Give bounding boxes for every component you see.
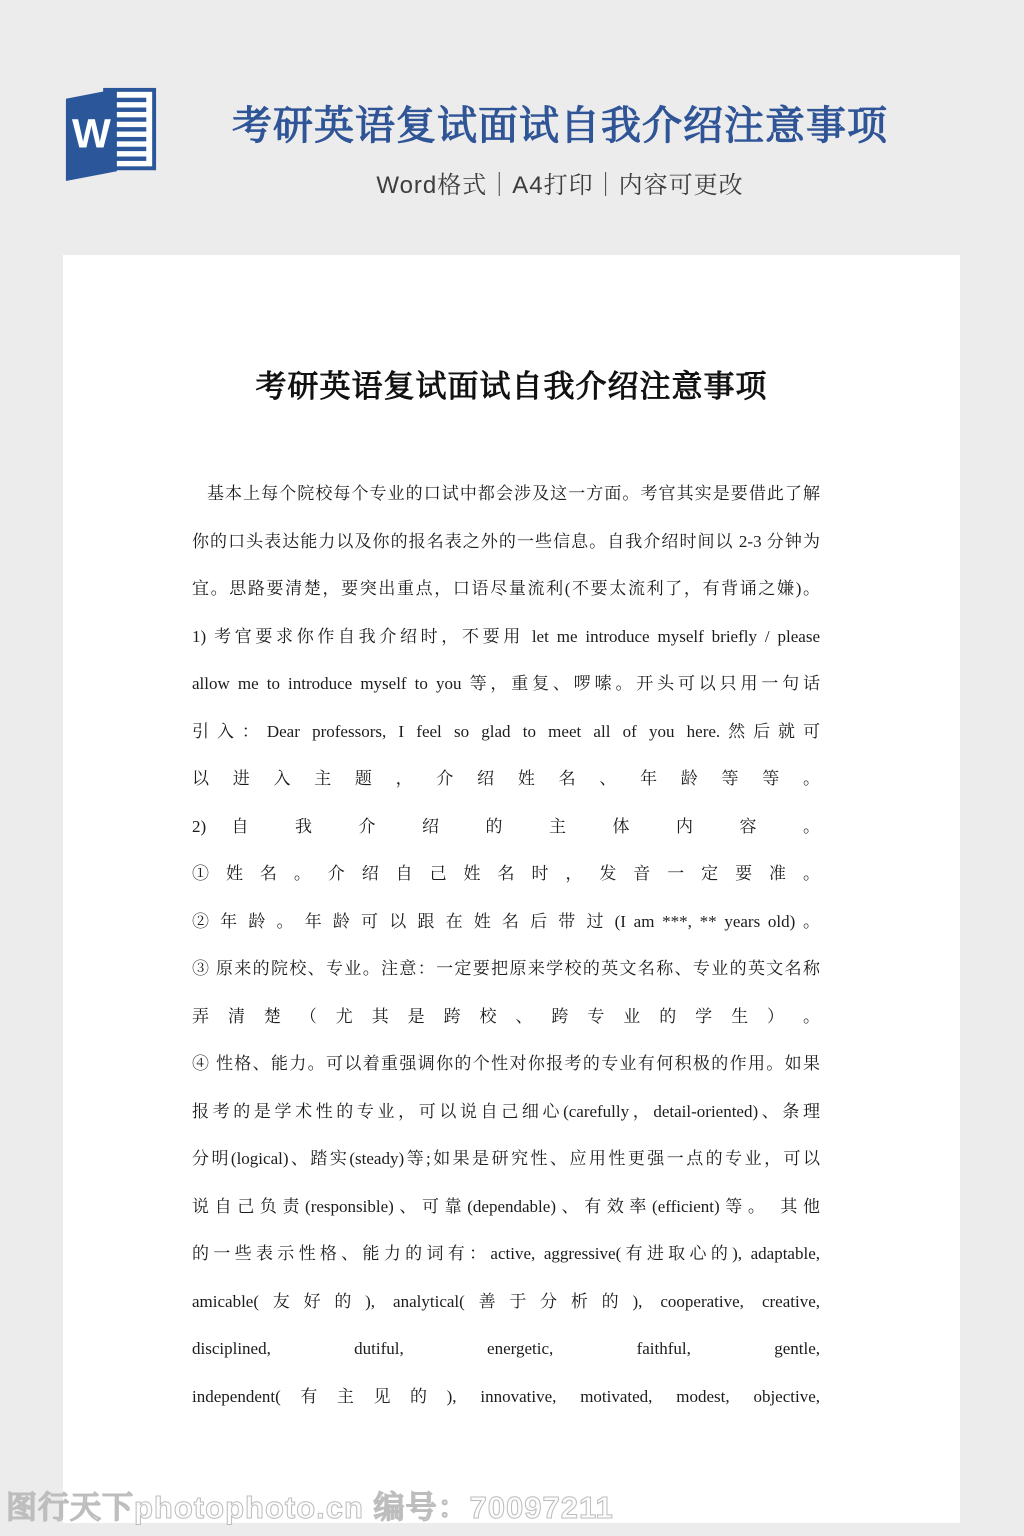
doc-line: 弄 清 楚 （ 尤 其 是 跨 校 、 跨 专 业 的 学 生 ） 。 [192,993,820,1041]
doc-line: 分明(logical)、踏实(steady)等;如果是研究性、应用性更强一点的专… [192,1135,820,1183]
word-icon: W [62,84,160,182]
doc-line: 2) 自 我 介 绍 的 主 体 内 容 。 [192,803,820,851]
document-page: 考研英语复试面试自我介绍注意事项 基本上每个院校每个专业的口试中都会涉及这一方面… [63,255,960,1523]
template-header: W 考研英语复试面试自我介绍注意事项 Word格式｜A4打印｜内容可更改 [0,0,1024,255]
doc-line: 基本上每个院校每个专业的口试中都会涉及这一方面。考官其实是要借此了解 [192,470,820,518]
doc-line: ② 年 龄 。 年 龄 可 以 跟 在 姓 名 后 带 过 (I am ***,… [192,898,820,946]
document-body: 基本上每个院校每个专业的口试中都会涉及这一方面。考官其实是要借此了解 你的口头表… [192,470,820,1420]
watermark: 图行天下photophoto.cn 编号：70097211 [6,1482,614,1527]
doc-line: ③ 原来的院校、专业。注意：一定要把原来学校的英文名称、专业的英文名称 [192,945,820,993]
doc-line: allow me to introduce myself to you 等，重复… [192,660,820,708]
doc-line: ① 姓 名 。 介 绍 自 己 姓 名 时 ， 发 音 一 定 要 准 。 [192,850,820,898]
doc-line: ④ 性格、能力。可以着重强调你的个性对你报考的专业有何积极的作用。如果 [192,1040,820,1088]
word-icon-letter: W [72,111,111,157]
doc-line: 你的口头表达能力以及你的报名表之外的一些信息。自我介绍时间以 2-3 分钟为 [192,518,820,566]
doc-line: 引入：Dear professors, I feel so glad to me… [192,708,820,756]
template-title: 考研英语复试面试自我介绍注意事项 [170,94,950,151]
doc-line: 宜。思路要清楚，要突出重点，口语尽量流利(不要太流利了，有背诵之嫌)。 [192,565,820,613]
doc-line: 说自己负责(responsible)、可靠(dependable)、有效率(ef… [192,1183,820,1231]
doc-line: amicable(友好的), analytical(善于分析的), cooper… [192,1278,820,1326]
template-subtitle: Word格式｜A4打印｜内容可更改 [170,165,950,200]
doc-line: 报考的是学术性的专业，可以说自己细心(carefully，detail-orie… [192,1088,820,1136]
document-title: 考研英语复试面试自我介绍注意事项 [63,361,960,406]
doc-line: disciplined, dutiful, energetic, faithfu… [192,1325,820,1373]
doc-line: 的一些表示性格、能力的词有：active, aggressive(有进取心的),… [192,1230,820,1278]
doc-line: 以 进 入 主 题 ， 介 绍 姓 名 、 年 龄 等 等 。 [192,755,820,803]
doc-line: 1) 考官要求你作自我介绍时，不要用 let me introduce myse… [192,613,820,661]
header-text-block: 考研英语复试面试自我介绍注意事项 Word格式｜A4打印｜内容可更改 [170,94,950,200]
doc-line: independent(有主见的), innovative, motivated… [192,1373,820,1421]
